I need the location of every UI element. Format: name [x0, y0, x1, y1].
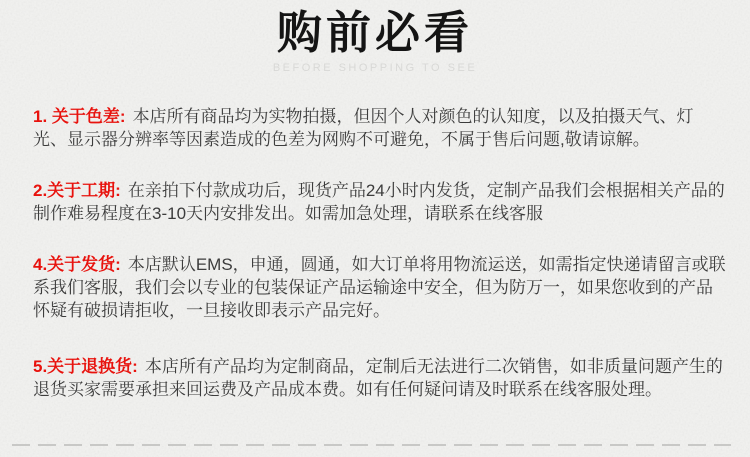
pre-purchase-notice-panel: 购前必看 BEFORE SHOPPING TO SEE 1. 关于色差:本店所有… — [0, 0, 750, 457]
notice-color-difference-label: 1. 关于色差: — [33, 107, 126, 126]
notice-production-time-text: 在亲拍下付款成功后，现货产品24小时内发货，定制产品我们会根据相关产品的制作难易… — [33, 181, 725, 223]
notice-color-difference: 1. 关于色差:本店所有商品均为实物拍摄，但因个人对颜色的认知度，以及拍摄天气、… — [33, 105, 727, 151]
dashed-divider — [12, 444, 731, 446]
notice-production-time-label: 2.关于工期: — [33, 181, 121, 200]
page-title: 购前必看 — [0, 8, 750, 58]
notice-returns-label: 5.关于退换货: — [33, 357, 138, 376]
notice-shipping: 4.关于发货:本店默认EMS，申通，圆通，如大订单将用物流运送，如需指定快递请留… — [33, 253, 727, 322]
notice-color-difference-text: 本店所有商品均为实物拍摄，但因个人对颜色的认知度，以及拍摄天气、灯光、显示器分辨… — [33, 107, 694, 149]
notice-shipping-text: 本店默认EMS，申通，圆通，如大订单将用物流运送，如需指定快递请留言或联系我们客… — [33, 255, 726, 320]
notice-production-time: 2.关于工期:在亲拍下付款成功后，现货产品24小时内发货，定制产品我们会根据相关… — [33, 179, 727, 225]
notice-shipping-label: 4.关于发货: — [33, 255, 121, 274]
notice-returns: 5.关于退换货:本店所有产品均为定制商品，定制后无法进行二次销售，如非质量问题产… — [33, 355, 727, 401]
page-subtitle: BEFORE SHOPPING TO SEE — [0, 62, 750, 75]
